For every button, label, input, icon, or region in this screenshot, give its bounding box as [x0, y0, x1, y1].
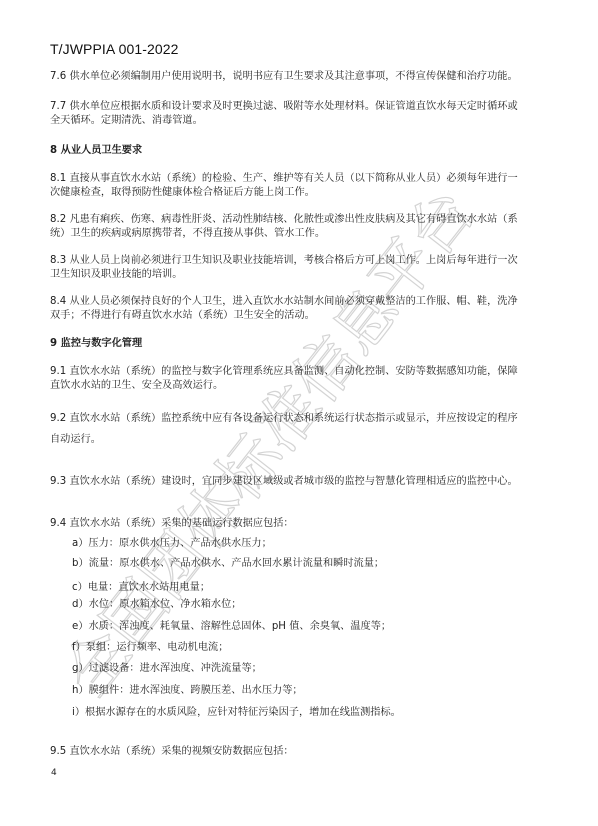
list-item: g）过滤设备：进水浑浊度、冲洗流量等；: [72, 662, 262, 675]
paragraph-line: 8.1 直接从事直饮水水站（系统）的检验、生产、维护等有关人员（以下简称从业人员…: [50, 172, 518, 185]
paragraph-line: 9.4 直饮水水站（系统）采集的基础运行数据应包括：: [50, 517, 294, 530]
document-page: 全国团体标准信息平台 T/JWPPIA 001-2022 7.6 供水单位必须编…: [0, 0, 598, 826]
list-item: h）膜组件：进水浑浊度、跨膜压差、出水压力等；: [72, 684, 303, 697]
paragraph-line: 7.6 供水单位必须编制用户使用说明书，说明书应有卫生要求及其注意事项，不得宣传…: [50, 70, 518, 83]
section-heading: 9 监控与数字化管理: [50, 337, 142, 350]
list-item: f）泵组：运行频率、电动机电流；: [72, 641, 228, 654]
paragraph-line: 8.2 凡患有痢疾、伤寒、病毒性肝炎、活动性肺结核、化脓性或渗出性皮肤病及其它有…: [50, 213, 518, 226]
paragraph-line: 直饮水水站的卫生、安全及高效运行。: [50, 379, 223, 392]
paragraph-line: 全天循环。定期清洗、消毒管道。: [50, 114, 203, 127]
paragraph-line: 次健康检查，取得预防性健康体检合格证后方能上岗工作。: [50, 186, 315, 199]
list-item: e）水质：浑浊度、耗氧量、溶解性总固体、pH 值、余臭氧、温度等；: [72, 620, 391, 633]
list-item: a）压力：原水供水压力、产品水供水压力；: [72, 537, 272, 550]
paragraph-line: 卫生知识及职业技能的培训。: [50, 268, 182, 281]
list-item: d）水位：原水箱水位、净水箱水位；: [72, 598, 241, 611]
list-item: b）流量：原水供水、产品水供水、产品水回水累计流量和瞬时流量；: [72, 557, 384, 570]
paragraph-line: 统）卫生的疾病或病原携带者，不得直接从事供、管水工作。: [50, 227, 325, 240]
paragraph-line: 7.7 供水单位应根据水质和设计要求及时更换过滤、吸附等水处理材料。保证管道直饮…: [50, 100, 518, 113]
page-number: 4: [51, 768, 57, 778]
list-item: i）根据水源存在的水质风险，应针对特征污染因子，增加在线监测指标。: [72, 706, 401, 719]
document-id-header: T/JWPPIA 001-2022: [50, 41, 179, 57]
paragraph-line: 8.4 从业人员必须保持良好的个人卫生，进入直饮水水站制水间前必须穿戴整洁的工作…: [50, 295, 518, 308]
paragraph-line: 9.5 直饮水水站（系统）采集的视频安防数据应包括：: [50, 745, 294, 758]
list-item: c）电量：直饮水水站用电量；: [72, 581, 210, 594]
paragraph-line: 9.3 直饮水水站（系统）建设时，宜同步建设区域级或者城市级的监控与智慧化管理相…: [50, 475, 518, 488]
paragraph-line: 9.1 直饮水水站（系统）的监控与数字化管理系统应具备监测、自动化控制、安防等数…: [50, 365, 518, 378]
paragraph-line: 自动运行。: [50, 433, 101, 446]
paragraph-line: 9.2 直饮水水站（系统）监控系统中应有各设备运行状态和系统运行状态指示或显示，…: [50, 412, 518, 425]
paragraph-line: 双手；不得进行有碍直饮水水站（系统）卫生安全的活动。: [50, 309, 315, 322]
section-heading: 8 从业人员卫生要求: [50, 144, 142, 157]
paragraph-line: 8.3 从业人员上岗前必须进行卫生知识及职业技能培训，考核合格后方可上岗工作。上…: [50, 254, 518, 267]
